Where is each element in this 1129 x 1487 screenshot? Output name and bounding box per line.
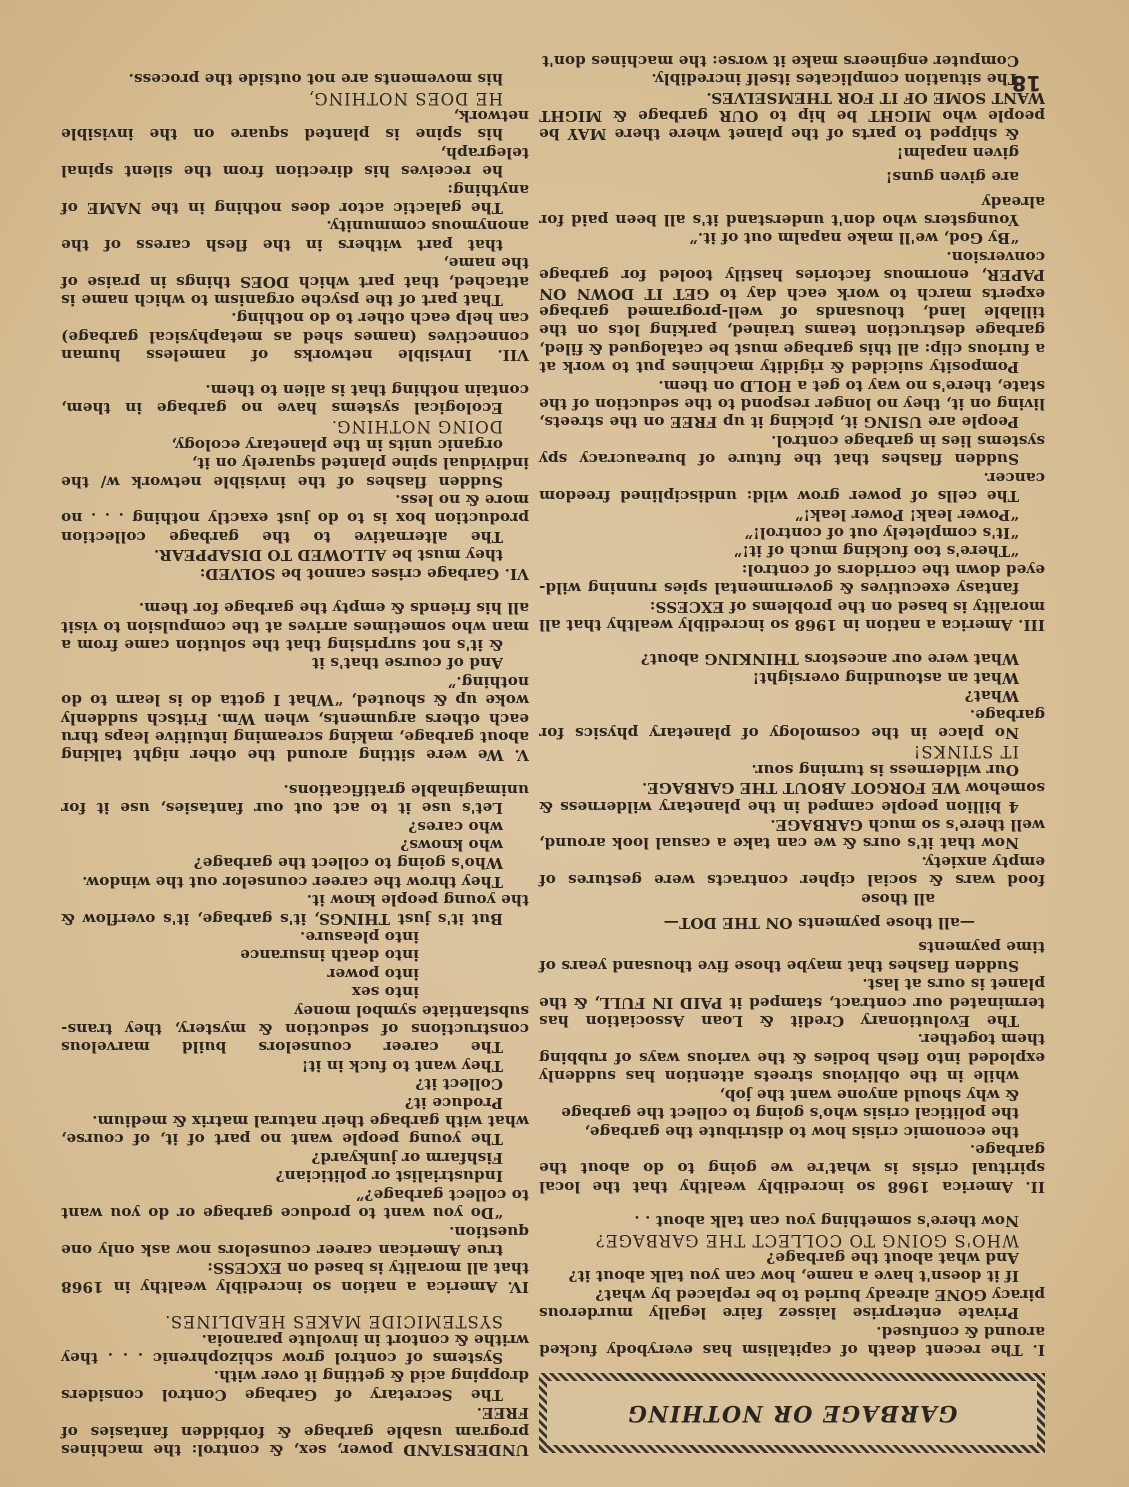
paragraph: Let's use it to act out our fantasies, u… [61,780,529,817]
paragraph: “There's too fucking much of it!” [539,542,1045,560]
column-right: UNDERSTAND power, sex, & control: the ma… [61,70,529,1459]
paragraph: while in the oblivious streets attention… [539,1030,1045,1085]
paragraph: But it's just THINGS, it's garbage, it's… [61,891,529,928]
paragraph: that part withers in the flesh caress of… [61,217,529,254]
paragraph: UNDERSTAND power, sex, & control: the ma… [61,1404,529,1459]
paragraph: Sudden flashes that the future of bureau… [539,432,1045,469]
paragraph: I. The recent death of capitalism has ev… [539,1322,1045,1359]
article-title: GARBAGE OR NOTHING [627,1404,958,1422]
paragraph: fantasy executives & governmental spies … [539,560,1045,597]
paragraph: The galactic actor does nothing in the N… [61,180,529,217]
paragraph-caps: HE DOES NOTHING, [61,88,529,106]
paragraph: “It's completely out of control!” [539,524,1045,542]
section-4: IV. America a nation so incredibly wealt… [61,780,529,1295]
paragraph: IV. America a nation so incredibly wealt… [61,1259,529,1296]
paragraph: “Power leak! Power leak!” [539,505,1045,523]
paragraph: The Secretary of Garbage Control conside… [61,1367,529,1404]
paragraph: They want to fuck in it! [61,1056,529,1074]
paragraph: the economic crisis how to distribute th… [539,1122,1045,1140]
paragraph: What were our ancestors THINKING about? [539,650,1045,668]
paragraph: The Evolutionary Credit & Loan Associati… [539,975,1045,1030]
section-6: VI. Garbage crises cannot be SOLVED: the… [61,380,529,582]
paragraph: the political crisis who's going to coll… [539,1104,1045,1122]
paragraph: Pomposity suicided & rigidity machines p… [539,247,1045,376]
paragraph: Our wilderness is turning sour. [539,760,1045,778]
paragraph-caps: IT STINKS! [539,742,1045,760]
paragraph: are given guns! [539,168,1045,186]
paragraph: No place in the cosmology of planetary p… [539,705,1045,742]
paragraph-caps: DOING NOTHING. [61,417,529,435]
section-3: III. America a nation in 1968 so incredi… [539,51,1045,634]
paragraph: Fishfarm or junkyard? [61,1149,529,1167]
section-intro: UNDERSTAND power, sex, & control: the ma… [61,1312,529,1459]
paragraph: into death insurance [61,946,529,964]
paragraph: & why should anyone want the job, [539,1085,1045,1103]
paragraph: People are USING it, picking it up FREE … [539,376,1045,431]
paragraph: Youngsters who don't understand it's all… [539,192,1045,229]
paragraph: Sudden flashes of the invisible network … [61,454,529,491]
title-box: GARBAGE OR NOTHING [539,1373,1045,1453]
paragraph: The alternative to the garbage collectio… [61,491,529,546]
column-left: GARBAGE OR NOTHING I. The recent death o… [539,51,1045,1459]
paragraph: They throw the career counselor out the … [61,872,529,890]
paragraph: Sudden flashes that maybe those five tho… [539,938,1045,975]
paragraph: What an astounding oversight! [539,668,1045,686]
paragraph: Now that it's ours & we can take a casua… [539,816,1045,853]
paragraph: Ecological systems have no garbage in th… [61,380,529,417]
paragraph-caps: WHO'S GOING TO COLLECT THE GARBAGE? [539,1230,1045,1248]
paragraph: —all those payments ON THE DOT— [539,914,1045,932]
page-number: 18 [1012,71,1041,95]
paragraph: The career counselors build marvelous co… [61,1001,529,1056]
paragraph: And of course that's it [61,654,529,672]
section-7: VII. Invisible networks of nameless huma… [61,70,529,365]
paragraph: true American career counselors now ask … [61,1222,529,1259]
paragraph: The young people want no part of it, of … [61,1112,529,1149]
paragraph: who knows? [61,836,529,854]
paragraph: Private enterprise laissez faire legally… [539,1285,1045,1322]
paragraph: into pleasure. [61,928,529,946]
paragraph-caps: SYSTEMICIDE MAKES HEADLINES. [61,1312,529,1330]
section-5: V. We were sitting around the other nigh… [61,599,529,765]
paragraph: & it's not surprising that the solution … [61,599,529,654]
paragraph: & shipped to parts of the planet where t… [539,88,1045,143]
paragraph: organic units in the planetary ecology, [61,435,529,453]
paragraph: That part of the psyche organism to whic… [61,254,529,309]
paragraph: “By God, we'll make napalm out of it.” [539,229,1045,247]
paragraph: VII. Invisible networks of nameless huma… [61,309,529,364]
section-2: II. America 1968 so incredibly wealthy t… [539,650,1045,1196]
paragraph: his spine is planted square on the invis… [61,107,529,144]
paragraph: all those [539,889,1045,907]
section-1: I. The recent death of capitalism has ev… [539,1212,1045,1359]
paragraph: The situation complicates itself incredi… [539,70,1045,88]
paragraph: given napalm! [539,143,1045,161]
paragraph: into sex [61,983,529,1001]
paragraph: they must be ALLOWED TO DISAPPEAR. [61,546,529,564]
paragraph: Computer engineers make it worse: the ma… [539,51,1045,69]
paragraph: II. America 1968 so incredibly wealthy t… [539,1141,1045,1196]
paragraph: he receives his direction from the silen… [61,143,529,180]
paragraph: What? [539,687,1045,705]
paragraph: Systems of control grow schizophrenic . … [61,1330,529,1367]
paragraph: food wars & social cipher contracts were… [539,852,1045,889]
paragraph: If it doesn't have a name, how can you t… [539,1267,1045,1285]
paragraph: his movements are not outside the proces… [61,70,529,88]
paragraph: VI. Garbage crises cannot be SOLVED: [61,564,529,582]
paragraph: 4 billion people camped in the planetary… [539,779,1045,816]
paragraph: who cares? [61,817,529,835]
paragraph: Produce it? [61,1093,529,1111]
paragraph: Industrialist or politician? [61,1167,529,1185]
paragraph: “Do you want to produce garbage or do yo… [61,1185,529,1222]
paragraph: V. We were sitting around the other nigh… [61,672,529,764]
paragraph: The cells of power grow wild: undiscipli… [539,468,1045,505]
paragraph: Collect it? [61,1075,529,1093]
magazine-page: GARBAGE OR NOTHING I. The recent death o… [0,0,1129,1487]
paragraph: And what about the garbage? [539,1249,1045,1267]
paragraph: III. America a nation in 1968 so incredi… [539,597,1045,634]
paragraph: Now there's something you can talk about… [539,1212,1045,1230]
paragraph: Who's going to collect the garbage? [61,854,529,872]
paragraph: into power [61,964,529,982]
